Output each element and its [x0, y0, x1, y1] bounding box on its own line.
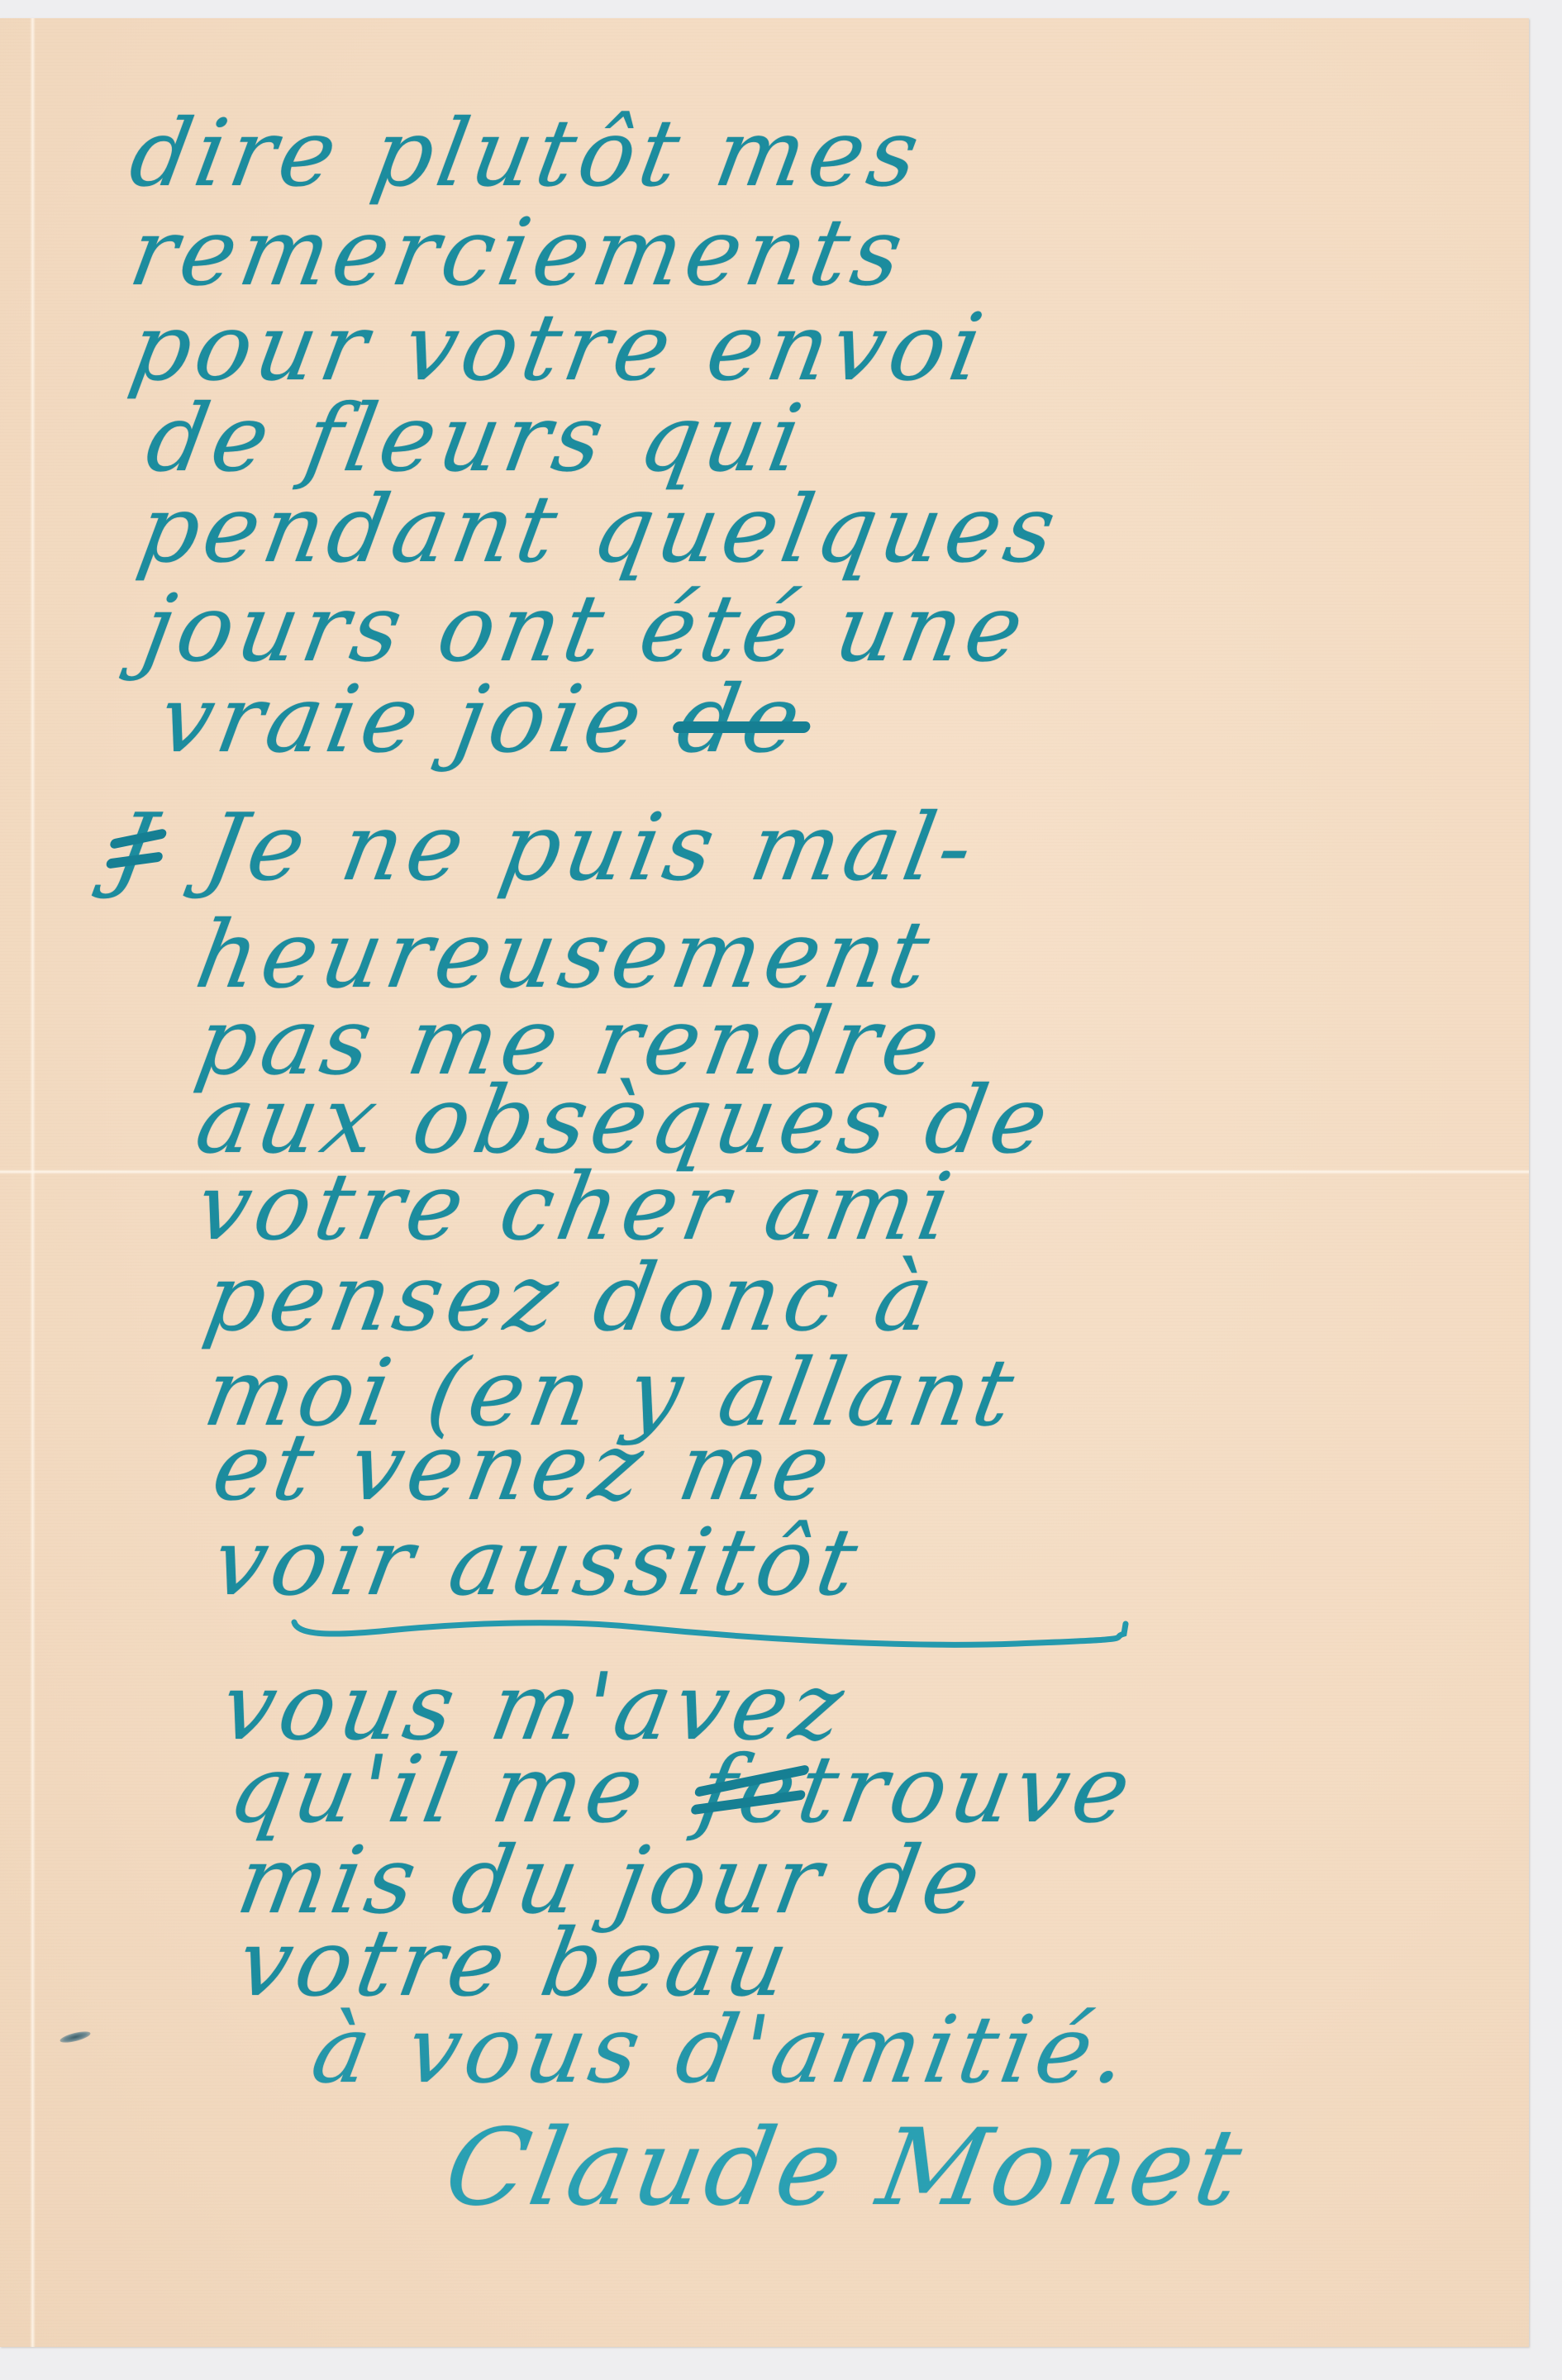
- letter-line-16: voir aussitôt: [207, 1516, 869, 1609]
- closing-line: à vous d'amitié.: [306, 2004, 1139, 2097]
- letter-line-12: votre cher ami: [190, 1161, 962, 1254]
- vertical-fold-line: [30, 18, 36, 2347]
- letter-line-4: de fleurs qui: [140, 393, 812, 485]
- letter-line-2: remerciements: [124, 207, 914, 299]
- ink-blot: [59, 2030, 91, 2045]
- letter-line-6: jours ont été une: [136, 583, 1035, 675]
- struck-out-word: de: [671, 674, 812, 766]
- letter-line-5: pendant quelques: [132, 483, 1067, 576]
- wavy-divider-line: [289, 1616, 1132, 1657]
- line-text: Je ne puis mal-: [198, 794, 985, 902]
- line-text: vraie joie: [151, 666, 654, 773]
- letter-line-3: pour votre envoi: [124, 302, 993, 394]
- letter-line-13: pensez donc à: [198, 1252, 945, 1345]
- letter-line-1: dire plutôt mes: [124, 107, 930, 200]
- letter-line-18: qu'il me fetrouve: [223, 1744, 1141, 1836]
- letter-line-8: J Je ne puis mal-: [107, 802, 983, 894]
- scribbled-out-letters: fe: [693, 1744, 807, 1836]
- signature: Claude Monet: [438, 2116, 1251, 2221]
- letter-line-15: et venez me: [207, 1421, 841, 1514]
- letter-line-7: vraie joie de: [153, 674, 812, 766]
